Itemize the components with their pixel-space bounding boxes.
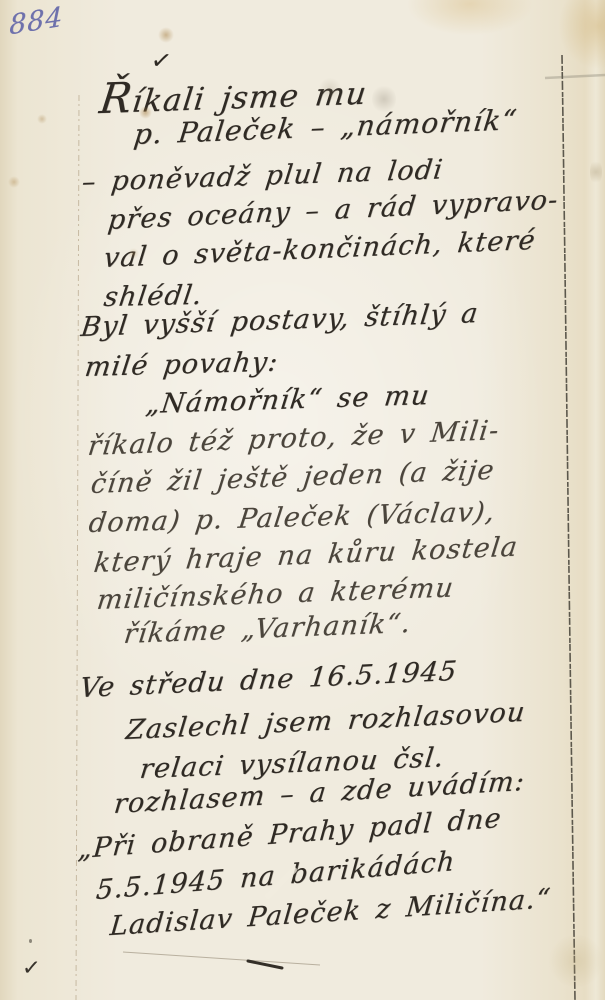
check-mark: ✓ xyxy=(21,955,41,981)
foxing-spot xyxy=(158,27,174,43)
pasted-sheet-edge-line xyxy=(562,55,575,1000)
pencil-underline xyxy=(123,952,320,965)
ink-speck xyxy=(29,939,32,943)
manuscript-line: Ve středu dne 16.5.1945 xyxy=(78,658,458,702)
ink-dash-underline xyxy=(248,961,282,968)
manuscript-line: říkáme „Varhaník“. xyxy=(122,610,413,648)
manuscript-line: val o světa-končinách, které xyxy=(102,227,537,272)
caron-flourish-mark: ✓ xyxy=(149,45,174,77)
faint-smudge-line xyxy=(545,75,605,78)
manuscript-line: říkalo též proto, že v Mili- xyxy=(86,417,501,460)
manuscript-line: „Námořník“ se mu xyxy=(144,382,431,418)
manuscript-line: – poněvadž plul na lodi xyxy=(80,156,445,196)
manuscript-line: číně žil ještě jeden (a žije xyxy=(89,457,496,498)
archive-page-number: 884 xyxy=(9,1,63,41)
foxing-spot xyxy=(590,158,602,186)
manuscript-line: který hraje na kůru kostela xyxy=(92,534,519,577)
foxing-spot xyxy=(8,176,20,188)
manuscript-line: shlédl. xyxy=(102,282,204,311)
manuscript-page: 884 ✓ Říkali jsme mu p. Paleček – „námoř… xyxy=(0,0,605,1000)
manuscript-line: doma) p. Paleček (Václav), xyxy=(87,499,497,537)
manuscript-line: Zaslechl jsem rozhlasovou xyxy=(124,699,527,744)
corner-shade xyxy=(548,935,604,987)
manuscript-line: milé povahy: xyxy=(83,349,280,382)
foxing-spot xyxy=(37,114,47,124)
